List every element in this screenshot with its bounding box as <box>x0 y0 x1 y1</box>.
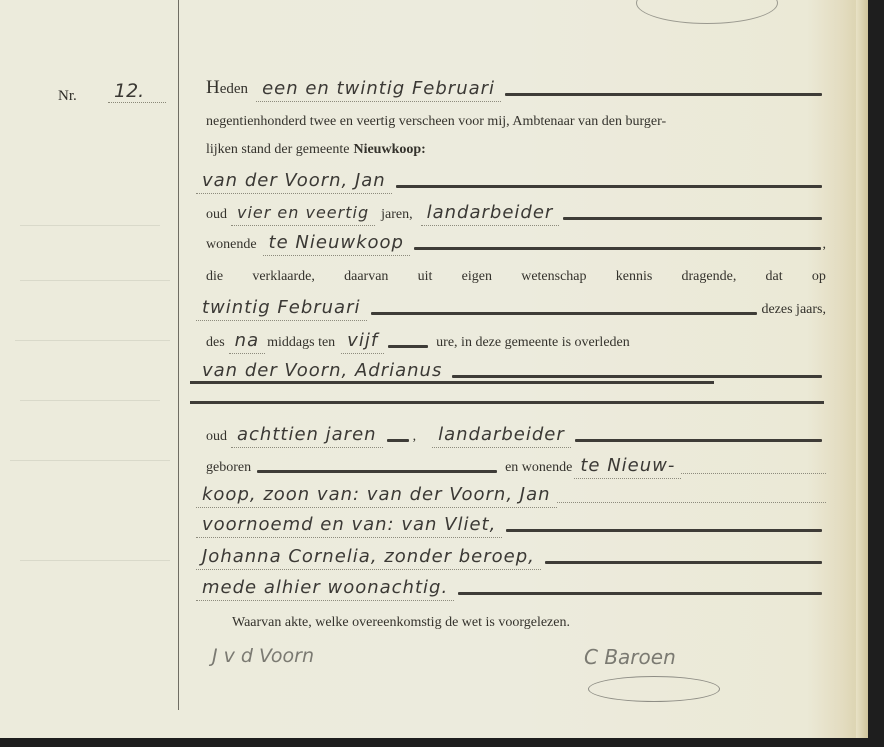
line-death-time: des na middags ten vijf ure, in deze gem… <box>206 324 826 354</box>
label-oud: oud <box>206 207 227 226</box>
bleed-through-line <box>10 460 170 461</box>
line-statement: die verklaarde, daarvan uit eigen wetens… <box>206 258 826 288</box>
line-death-date: twintig Februari dezes jaars, <box>196 291 826 321</box>
hw-deceased-occupation: landarbeider <box>432 424 571 448</box>
line-residence-note: mede alhier woonachtig. <box>196 571 826 601</box>
line-declarant-age: oud vier en veertig jaren, landarbeider <box>206 196 826 226</box>
hw-mother-surname: voornoemd en van: van Vliet, <box>196 514 502 538</box>
label-middags: middags ten <box>267 335 335 354</box>
label-jaren: jaren, <box>381 207 412 226</box>
label-oud: oud <box>206 429 227 448</box>
line-mother-a: voornoemd en van: van Vliet, <box>196 508 826 538</box>
hw-father: koop, zoon van: van der Voorn, Jan <box>196 484 557 508</box>
line-date: Heden een en twintig Februari <box>206 72 826 102</box>
label-heden: Heden <box>206 77 248 102</box>
label-en-wonende: en wonende <box>505 460 572 479</box>
text-municipality: lijken stand der gemeente <box>206 142 349 161</box>
line-closing: Waarvan akte, welke overeenkomstig de we… <box>232 604 852 634</box>
word: die <box>206 269 223 288</box>
text-nieuwkoop: Nieuwkoop: <box>353 142 425 161</box>
fill-line <box>563 217 822 220</box>
text-dezes-jaars: dezes jaars, <box>761 302 826 321</box>
hw-death-hour: vijf <box>341 330 384 354</box>
signature-flourish <box>588 676 720 702</box>
bleed-through-line <box>20 280 170 281</box>
record-number-label: Nr. <box>58 88 77 105</box>
word: eigen <box>462 269 492 288</box>
signature-declarant: J v d Voorn <box>212 645 314 667</box>
dotted-line <box>557 502 826 503</box>
fill-line <box>414 247 821 250</box>
word: kennis <box>616 269 653 288</box>
line-deceased-name: van der Voorn, Adrianus <box>196 354 826 384</box>
hw-date: een en twintig Februari <box>256 78 501 102</box>
hw-declarant-occupation: landarbeider <box>421 202 560 226</box>
bleed-through-line <box>15 340 170 341</box>
hw-declarant-residence: te Nieuwkoop <box>263 232 410 256</box>
line-deceased-age: oud achttien jaren , landarbeider <box>206 418 826 448</box>
bleed-through-line <box>20 560 170 561</box>
line-year: negentienhonderd twee en veertig versche… <box>206 103 826 133</box>
margin-rule <box>178 0 179 710</box>
fill-line <box>257 470 497 473</box>
text-closing: Waarvan akte, welke overeenkomstig de we… <box>232 615 570 634</box>
line-municipality: lijken stand der gemeente Nieuwkoop: <box>206 131 826 161</box>
word: verklaarde, <box>252 269 315 288</box>
line-birthplace: geboren en wonende te Nieuw- <box>206 449 826 479</box>
bleed-through-line <box>20 400 160 401</box>
fill-line <box>396 185 822 188</box>
word: wetenschap <box>521 269 586 288</box>
fill-line <box>387 439 409 442</box>
fill-line <box>505 93 822 96</box>
fill-line <box>190 381 714 384</box>
line-declarant-residence: wonende te Nieuwkoop , <box>206 226 826 256</box>
hw-residence-note: mede alhier woonachtig. <box>196 577 454 601</box>
line-father: koop, zoon van: van der Voorn, Jan <box>196 478 826 508</box>
fill-line <box>388 345 428 348</box>
dotted-line <box>681 473 826 474</box>
signature-flourish <box>636 0 778 24</box>
word: dragende, <box>682 269 737 288</box>
page-edge <box>856 0 868 738</box>
fill-line <box>575 439 822 442</box>
hw-declarant-name: van der Voorn, Jan <box>196 170 392 194</box>
hw-na: na <box>229 330 265 354</box>
fill-line <box>452 375 822 378</box>
label-wonende: wonende <box>206 237 257 256</box>
bleed-through-line <box>20 225 160 226</box>
label-des: des <box>206 335 225 354</box>
record-number-value: 12. <box>108 80 166 103</box>
hw-declarant-age: vier en veertig <box>231 202 375 226</box>
hw-death-date: twintig Februari <box>196 297 367 321</box>
line-declarant-name: van der Voorn, Jan <box>196 164 826 194</box>
word: dat <box>766 269 783 288</box>
register-page: Nr. 12. Heden een en twintig Februari ne… <box>0 0 868 738</box>
hw-deceased-residence: te Nieuw- <box>574 455 681 479</box>
word: op <box>812 269 826 288</box>
fill-line <box>371 312 758 315</box>
signature-official: C Baroen <box>584 645 676 669</box>
word: uit <box>418 269 433 288</box>
text-ure-overleden: ure, in deze gemeente is overleden <box>436 335 630 354</box>
hw-deceased-age: achttien jaren <box>231 424 383 448</box>
label-geboren: geboren <box>206 460 251 479</box>
fill-line <box>458 592 822 595</box>
fill-line-blank <box>190 401 824 404</box>
fill-line <box>506 529 822 532</box>
word: daarvan <box>344 269 388 288</box>
punct-comma: , <box>823 237 827 256</box>
hw-mother-given: Johanna Cornelia, zonder beroep, <box>196 546 541 570</box>
line-mother-b: Johanna Cornelia, zonder beroep, <box>196 540 826 570</box>
punct-comma: , <box>413 429 417 448</box>
fill-line <box>545 561 822 564</box>
